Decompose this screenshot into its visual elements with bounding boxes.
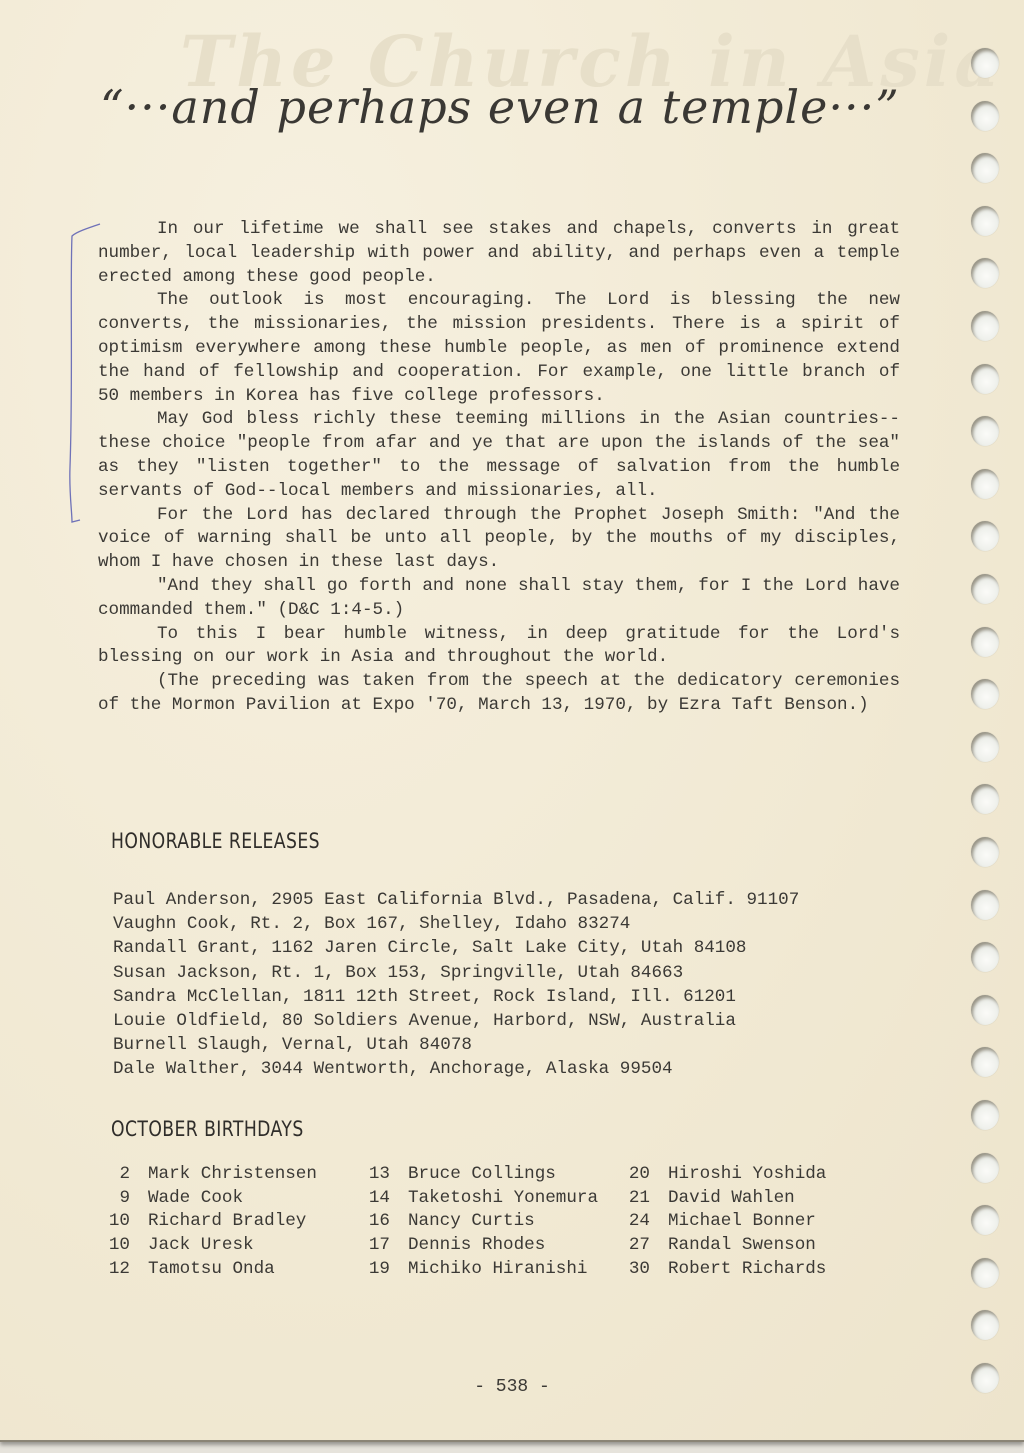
birthday-name: Mark Christensen	[148, 1163, 317, 1187]
birthday-name: Dennis Rhodes	[408, 1234, 545, 1258]
article-paragraph: For the Lord has declared through the Pr…	[98, 504, 900, 575]
binding-hole	[971, 1153, 999, 1183]
release-entry: Susan Jackson, Rt. 1, Box 153, Springvil…	[113, 961, 903, 985]
birthday-day: 19	[360, 1258, 390, 1282]
binding-hole	[971, 364, 999, 394]
binding-hole	[971, 627, 999, 657]
birthday-day: 2	[100, 1163, 130, 1187]
birthday-day: 21	[620, 1187, 650, 1211]
binding-hole	[971, 1363, 999, 1393]
birthday-name: Taketoshi Yonemura	[408, 1187, 598, 1211]
binding-hole	[971, 890, 999, 920]
release-entry: Vaughn Cook, Rt. 2, Box 167, Shelley, Id…	[113, 912, 903, 936]
birthday-entry: 24Michael Bonner	[620, 1210, 826, 1234]
birthday-entry: 19Michiko Hiranishi	[360, 1258, 598, 1282]
birthday-day: 30	[620, 1258, 650, 1282]
birthday-day: 24	[620, 1210, 650, 1234]
binding-hole	[971, 153, 999, 183]
birthday-entry: 21David Wahlen	[620, 1187, 826, 1211]
birthday-entry: 10Richard Bradley	[100, 1210, 317, 1234]
birthday-entry: 14Taketoshi Yonemura	[360, 1187, 598, 1211]
binding-hole	[971, 1310, 999, 1340]
binding-hole	[971, 1047, 999, 1077]
release-entry: Randall Grant, 1162 Jaren Circle, Salt L…	[113, 936, 903, 960]
binding-hole	[971, 942, 999, 972]
birthday-name: Hiroshi Yoshida	[668, 1163, 826, 1187]
binding-hole	[971, 995, 999, 1025]
birthday-entry: 12Tamotsu Onda	[100, 1258, 317, 1282]
birthday-day: 14	[360, 1187, 390, 1211]
binding-hole	[971, 469, 999, 499]
article-title: “···and perhaps even a temple···”	[100, 80, 920, 134]
birthday-name: Tamotsu Onda	[148, 1258, 275, 1282]
binding-hole	[971, 206, 999, 236]
birthday-name: Richard Bradley	[148, 1210, 306, 1234]
birthday-entry: 30Robert Richards	[620, 1258, 826, 1282]
binding-hole	[971, 1100, 999, 1130]
article-paragraph: In our lifetime we shall see stakes and …	[98, 218, 900, 289]
birthday-name: David Wahlen	[668, 1187, 795, 1211]
article-paragraph: (The preceding was taken from the speech…	[98, 670, 900, 718]
birthday-entry: 16Nancy Curtis	[360, 1210, 598, 1234]
article-body: In our lifetime we shall see stakes and …	[98, 218, 900, 718]
release-entry: Burnell Slaugh, Vernal, Utah 84078	[113, 1033, 903, 1057]
release-entry: Dale Walther, 3044 Wentworth, Anchorage,…	[113, 1057, 903, 1081]
birthday-day: 16	[360, 1210, 390, 1234]
birthday-entry: 9Wade Cook	[100, 1187, 317, 1211]
release-entry: Louie Oldfield, 80 Soldiers Avenue, Harb…	[113, 1009, 903, 1033]
binding-hole	[971, 574, 999, 604]
binding-hole	[971, 1205, 999, 1235]
release-entry: Sandra McClellan, 1811 12th Street, Rock…	[113, 985, 903, 1009]
birthday-day: 13	[360, 1163, 390, 1187]
honorable-releases-heading: HONORABLE RELEASES	[111, 829, 320, 853]
birthday-entry: 2Mark Christensen	[100, 1163, 317, 1187]
birthday-name: Michiko Hiranishi	[408, 1258, 588, 1282]
birthday-name: Randal Swenson	[668, 1234, 816, 1258]
birthday-column: 20Hiroshi Yoshida21David Wahlen24Michael…	[620, 1163, 826, 1282]
binding-hole	[971, 258, 999, 288]
birthday-name: Wade Cook	[148, 1187, 243, 1211]
binding-hole	[971, 1258, 999, 1288]
article-paragraph: To this I bear humble witness, in deep g…	[98, 623, 900, 671]
birthday-name: Nancy Curtis	[408, 1210, 535, 1234]
binding-hole	[971, 679, 999, 709]
birthday-day: 9	[100, 1187, 130, 1211]
article-paragraph: May God bless richly these teeming milli…	[98, 408, 900, 503]
binding-hole	[971, 311, 999, 341]
binding-hole	[971, 48, 999, 78]
birthday-name: Bruce Collings	[408, 1163, 556, 1187]
binding-hole	[971, 101, 999, 131]
birthday-entry: 20Hiroshi Yoshida	[620, 1163, 826, 1187]
honorable-releases-list: Paul Anderson, 2905 East California Blvd…	[113, 888, 903, 1082]
birthday-entry: 27Randal Swenson	[620, 1234, 826, 1258]
birthday-column: 2Mark Christensen9Wade Cook10Richard Bra…	[100, 1163, 317, 1282]
binding-hole	[971, 521, 999, 551]
birthday-day: 10	[100, 1234, 130, 1258]
birthday-column: 13Bruce Collings14Taketoshi Yonemura16Na…	[360, 1163, 598, 1282]
birthday-name: Michael Bonner	[668, 1210, 816, 1234]
birthday-day: 12	[100, 1258, 130, 1282]
document-page: The Church in Asia “···and perhaps even …	[0, 0, 1024, 1442]
birthday-entry: 13Bruce Collings	[360, 1163, 598, 1187]
binding-hole	[971, 837, 999, 867]
birthday-day: 10	[100, 1210, 130, 1234]
birthday-name: Jack Uresk	[148, 1234, 254, 1258]
birthday-day: 17	[360, 1234, 390, 1258]
birthday-entry: 17Dennis Rhodes	[360, 1234, 598, 1258]
release-entry: Paul Anderson, 2905 East California Blvd…	[113, 888, 903, 912]
binding-hole	[971, 416, 999, 446]
article-paragraph: The outlook is most encouraging. The Lor…	[98, 289, 900, 408]
birthday-day: 27	[620, 1234, 650, 1258]
birthday-entry: 10Jack Uresk	[100, 1234, 317, 1258]
october-birthdays-heading: OCTOBER BIRTHDAYS	[111, 1117, 304, 1141]
birthday-name: Robert Richards	[668, 1258, 826, 1282]
page-number: - 538 -	[0, 1377, 1024, 1397]
binding-hole	[971, 784, 999, 814]
binding-hole	[971, 732, 999, 762]
article-paragraph: "And they shall go forth and none shall …	[98, 575, 900, 623]
birthday-day: 20	[620, 1163, 650, 1187]
